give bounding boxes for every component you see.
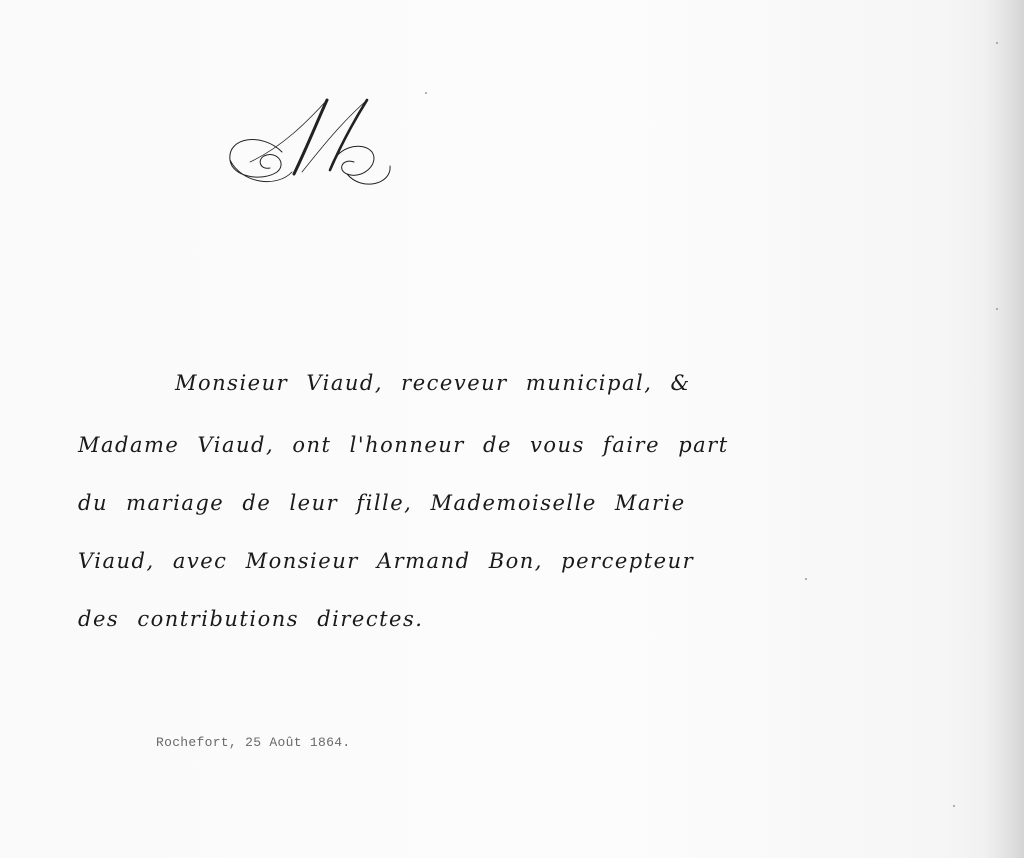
paper-speck xyxy=(953,805,955,807)
paper-speck xyxy=(805,578,807,580)
paper-speck xyxy=(996,42,998,44)
body-line-2: Madame Viaud, ont l'honneur de vous fair… xyxy=(78,430,729,460)
body-line-3: du mariage de leur fille, Mademoiselle M… xyxy=(78,488,686,518)
body-line-5: des contributions directes. xyxy=(78,604,423,634)
paper-speck xyxy=(996,308,998,310)
paper-speck xyxy=(425,92,427,94)
dateline: Rochefort, 25 Août 1864. xyxy=(156,735,350,750)
body-line-1: Monsieur Viaud, receveur municipal, & xyxy=(175,368,691,398)
body-line-4: Viaud, avec Monsieur Armand Bon, percept… xyxy=(78,546,694,576)
document-page: Monsieur Viaud, receveur municipal, & Ma… xyxy=(0,0,1024,858)
monogram-m-icon xyxy=(222,92,402,202)
page-edge-shadow xyxy=(984,0,1024,858)
